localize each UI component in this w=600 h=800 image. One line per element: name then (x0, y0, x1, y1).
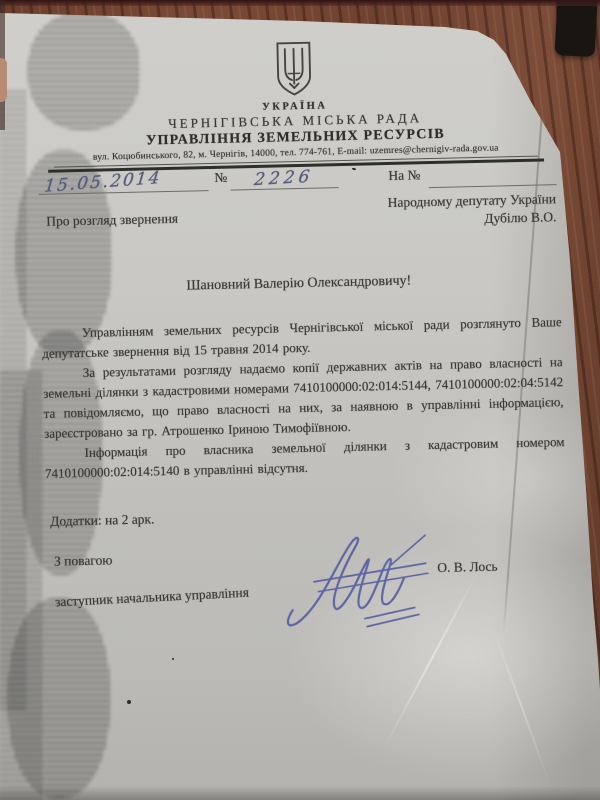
ukraine-trident-emblem-icon (270, 40, 317, 99)
bottom-shadow (0, 786, 600, 800)
number-sign: № (214, 170, 227, 186)
dark-object-top-right (555, 0, 598, 57)
handwritten-date: 15.05.2014 (37, 164, 162, 197)
signer-name: О. В. Лось (437, 559, 498, 576)
handwritten-number: 2226 (253, 163, 315, 191)
subject-line: Про розгляд звернення (46, 211, 178, 230)
letterhead: УКРАЇНА ЧЕРНІГІВСЬКА МІСЬКА РАДА УПРАВЛІ… (37, 34, 552, 172)
paragraph-2: За результатами розгляду надаємо копії д… (43, 352, 565, 444)
salutation: Шановний Валерію Олександровичу! (43, 270, 555, 298)
letter-content: УКРАЇНА ЧЕРНІГІВСЬКА МІСЬКА РАДА УПРАВЛІ… (0, 0, 600, 800)
desk-edge-shadow (0, 0, 600, 6)
signature-scribble (274, 529, 441, 633)
outgoing-number-field: 2226 (230, 163, 339, 190)
signer-position: заступник начальника управління (55, 585, 250, 611)
outgoing-date-field: 15.05.2014 (38, 166, 209, 195)
attachments-line: Додатки: на 2 арк. (50, 511, 155, 529)
letter-body: Управлінням земельних ресурсів Чернігівс… (42, 312, 565, 484)
reply-to-label: На № (388, 167, 420, 184)
reply-to-field (428, 160, 557, 188)
fingertip-at-edge (0, 58, 7, 102)
photo-scene: УКРАЇНА ЧЕРНІГІВСЬКА МІСЬКА РАДА УПРАВЛІ… (0, 0, 600, 800)
recipient-block: Народному депутату України Дубілю В.О. (301, 190, 557, 232)
document-in-plastic-sleeve: УКРАЇНА ЧЕРНІГІВСЬКА МІСЬКА РАДА УПРАВЛІ… (0, 0, 600, 800)
closing-regards: З повагою (54, 552, 113, 569)
